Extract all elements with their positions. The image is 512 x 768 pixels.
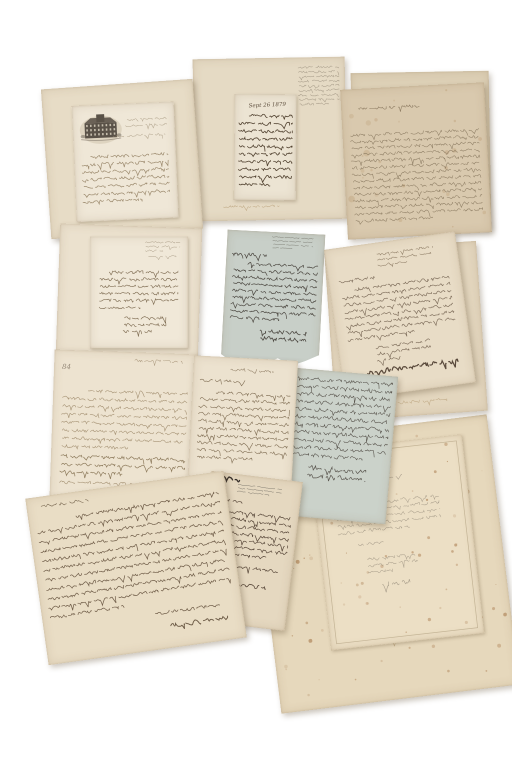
foxing-spot [492, 607, 495, 610]
handwriting-line [145, 250, 163, 252]
foxing-spot [321, 629, 324, 632]
handwriting-line [84, 189, 170, 199]
handwriting-line [299, 75, 339, 80]
foxing-spot [362, 177, 364, 179]
foxing-spot [358, 595, 362, 599]
foxing-spot [378, 160, 381, 163]
handwriting-line [298, 375, 393, 390]
album-leaf-mid-left [56, 224, 202, 359]
handwriting-line [355, 207, 483, 221]
handwriting-line [100, 292, 178, 295]
handwriting-line [199, 426, 288, 437]
handwriting-line [100, 285, 178, 288]
handwriting-line [126, 123, 167, 130]
handwriting-line [346, 310, 454, 331]
foxing-spot [452, 148, 457, 153]
handwriting-line [234, 268, 318, 278]
handwriting-line [155, 603, 220, 615]
foxing-spot [356, 583, 359, 586]
handwriting-line [299, 84, 339, 88]
foxing-spot [482, 211, 486, 215]
handwriting-line [99, 306, 140, 308]
handwriting-line [294, 428, 388, 444]
handwriting-line [368, 569, 392, 575]
handwriting-line [299, 89, 339, 93]
handwriting-line [308, 465, 366, 478]
foxing-spot [361, 155, 363, 157]
handwriting-line [100, 278, 177, 285]
foxing-spot [408, 647, 410, 649]
foxing-spot [426, 499, 429, 502]
handwriting-line [240, 137, 293, 140]
handwriting-line [239, 183, 270, 186]
foxing-spot [478, 137, 482, 141]
foxing-spot [346, 552, 347, 553]
foxing-spot [447, 670, 450, 673]
handwriting-line [293, 436, 388, 453]
foxing-spot [481, 470, 482, 471]
handwriting-line [297, 390, 389, 407]
handwriting-line [82, 174, 169, 182]
handwriting-line [145, 242, 180, 244]
handwriting-line [216, 391, 290, 402]
foxing-spot [292, 635, 294, 637]
handwriting-line [47, 568, 230, 602]
album-leaf-top-center: Sept 26 1879 [193, 57, 348, 222]
foxing-spot [309, 554, 310, 555]
handwriting-line [61, 420, 186, 431]
handwriting-line [60, 470, 122, 479]
foxing-spot [340, 582, 342, 584]
large-letter-bottom-left [25, 471, 246, 665]
foxing-spot [348, 196, 355, 203]
foxing-spot [456, 564, 459, 567]
foxing-spot [380, 660, 382, 662]
blue-letter-mid-center [221, 230, 326, 369]
letters-photograph: Sept 26 187984 [0, 0, 512, 768]
handwriting-line [238, 484, 282, 490]
handwriting-line [272, 236, 313, 239]
foxing-spot [452, 226, 454, 228]
handwriting-line [239, 145, 292, 152]
handwriting-line [62, 444, 128, 450]
handwriting-line [368, 559, 418, 572]
handwriting-line [83, 198, 143, 205]
handwriting-line [230, 309, 315, 320]
foxing-spot [399, 606, 401, 608]
engraved-building-vignette-icon [79, 113, 122, 144]
handwriting-line [358, 541, 383, 546]
handwriting-line [348, 330, 415, 345]
handwriting-line [352, 147, 480, 159]
foxing-spot [495, 584, 496, 585]
handwriting-line [249, 114, 292, 119]
handwriting-line [232, 565, 278, 577]
handwriting-line [198, 419, 289, 430]
handwriting-line [298, 93, 338, 97]
foxing-spot [393, 100, 395, 102]
handwriting-line [353, 174, 481, 185]
handwriting-line [378, 260, 407, 268]
foxing-spot [293, 568, 294, 569]
foxing-spot [465, 621, 468, 624]
foxing-spot [447, 461, 448, 462]
foxing-spot [418, 553, 422, 557]
handwriting-line [84, 182, 169, 189]
foxing-spot [445, 588, 447, 590]
handwriting-line [200, 378, 245, 386]
foxing-spot [361, 169, 365, 173]
handwriting-line [377, 252, 431, 262]
crosswritten-letter-top-right [340, 82, 492, 239]
handwriting-line [382, 579, 411, 592]
handwriting-line [232, 275, 317, 284]
foxing-spot [396, 493, 398, 495]
handwriting-line [125, 317, 166, 324]
foxing-spot [309, 556, 313, 560]
foxing-spot [296, 560, 300, 564]
foxing-spot [497, 644, 501, 648]
handwriting-line [149, 255, 176, 259]
handwriting-line [232, 289, 316, 299]
handwriting-line [239, 129, 293, 133]
handwriting-line [295, 413, 387, 426]
handwriting-line [62, 436, 182, 446]
foxing-spot [412, 490, 414, 492]
handwriting-line [260, 329, 306, 338]
handwriting-line [82, 167, 169, 178]
foxing-spot [453, 514, 456, 517]
foxing-spot [285, 668, 287, 670]
handwriting-line [356, 216, 433, 225]
handwriting-line [260, 336, 306, 343]
foxing-spot [398, 121, 400, 123]
handwriting-line [240, 175, 292, 183]
foxing-spot [330, 522, 333, 525]
handwriting-line [231, 368, 274, 375]
foxing-spot [503, 612, 507, 616]
handwriting-line [146, 246, 180, 250]
mounted-letter-top-center: Sept 26 1879 [234, 94, 297, 201]
handwriting-line [297, 383, 392, 399]
foxing-spot [451, 550, 454, 553]
handwriting-line [359, 105, 420, 114]
foxing-spot [454, 120, 457, 123]
handwriting-line [61, 412, 186, 422]
handwriting-line [239, 152, 292, 156]
foxing-spot [284, 665, 288, 669]
handwriting-line [123, 330, 151, 336]
handwriting-line [50, 605, 124, 619]
handwriting-line [45, 549, 227, 582]
foxing-spot [307, 694, 310, 697]
mounted-letter-mid-left [90, 236, 188, 348]
handwriting-line [232, 252, 266, 261]
handwriting-line [230, 315, 279, 323]
foxing-spot [366, 120, 372, 126]
foxing-spot [415, 435, 418, 438]
handwriting-line [170, 615, 228, 630]
foxing-spot [349, 114, 354, 119]
handwriting-line [62, 429, 186, 438]
handwriting-line [273, 240, 312, 243]
foxing-spot [428, 618, 432, 622]
handwriting-line [298, 66, 339, 69]
hotel-letter [72, 102, 179, 222]
foxing-spot [429, 512, 430, 513]
foxing-spot [439, 607, 441, 609]
handwriting-line [300, 103, 329, 106]
corner-numeral: 84 [62, 363, 71, 371]
handwriting-line [355, 200, 482, 213]
handwriting-line [91, 152, 168, 159]
foxing-spot [385, 555, 388, 558]
album-leaf-top-left [41, 79, 203, 239]
handwriting-line [197, 433, 288, 444]
foxing-spot [411, 551, 414, 554]
handwriting-line [297, 398, 391, 413]
handwriting-line [292, 443, 386, 458]
handwriting-line [298, 80, 339, 83]
handwriting-line [37, 501, 221, 536]
foxing-spot [445, 89, 447, 91]
foxing-spot [398, 218, 402, 222]
handwriting-line [348, 317, 456, 339]
foxing-spot [361, 582, 364, 585]
handwriting-line [273, 247, 292, 249]
handwriting-line [63, 404, 187, 414]
handwriting-line [41, 499, 88, 509]
handwriting-line [135, 359, 183, 367]
handwriting-line [124, 323, 165, 326]
handwriting-line [198, 411, 289, 423]
foxing-spot [485, 670, 487, 672]
handwritten-date: Sept 26 1879 [249, 102, 287, 110]
foxing-spot [305, 621, 308, 624]
handwriting-line [232, 295, 315, 306]
handwriting-line [292, 451, 362, 461]
handwriting-line [338, 524, 410, 535]
handwriting-line [238, 160, 292, 166]
handwriting-line [377, 246, 433, 258]
foxing-spot [318, 679, 320, 681]
foxing-spot [446, 192, 450, 196]
foxing-spot [370, 169, 373, 172]
handwriting-line [377, 356, 401, 366]
handwriting-line [351, 134, 479, 146]
handwriting-line [355, 275, 450, 294]
foxing-spot [343, 603, 346, 606]
handwriting-line [62, 396, 187, 404]
handwriting-line [239, 122, 292, 129]
foxing-spot [432, 644, 436, 648]
handwriting-line [307, 473, 365, 484]
handwriting-line [197, 440, 288, 452]
handwriting-line [109, 271, 178, 278]
foxing-spot [427, 536, 430, 539]
handwriting-line [200, 397, 290, 405]
foxing-spot [374, 118, 378, 122]
handwriting-line [224, 205, 280, 211]
handwriting-line [197, 455, 252, 464]
handwriting-line [238, 167, 290, 170]
handwriting-line [367, 553, 415, 564]
handwriting-line [198, 405, 289, 416]
handwriting-line [298, 70, 338, 76]
handwriting-line [127, 117, 166, 122]
handwriting-line [299, 98, 339, 103]
foxing-spot [303, 557, 305, 559]
handwriting-line [100, 299, 178, 305]
handwriting-line [61, 462, 184, 473]
handwriting-line [43, 539, 226, 573]
foxing-spot [363, 150, 370, 157]
handwriting-line [237, 491, 269, 496]
handwriting-line [339, 276, 375, 284]
handwriting-line [274, 244, 313, 247]
foxing-spot [355, 679, 357, 681]
foxing-spot [444, 442, 448, 446]
foxing-spot [308, 639, 312, 643]
foxing-spot [434, 470, 437, 473]
foxing-spot [405, 631, 407, 633]
